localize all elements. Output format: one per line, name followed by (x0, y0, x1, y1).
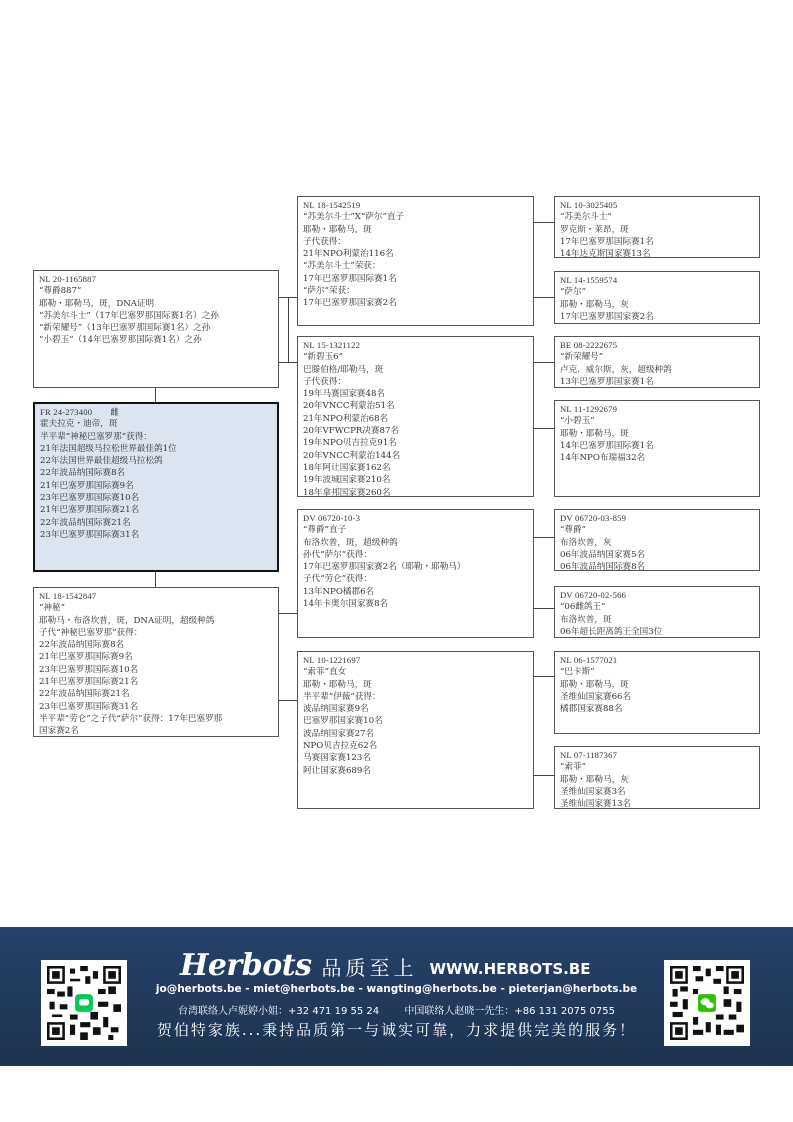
brand-slogan: 品质至上 (321, 953, 417, 983)
card-line: 波品纳国家赛9名 (303, 703, 528, 715)
connector (279, 613, 297, 614)
card-line: 21年NPO利蒙治116名 (303, 248, 528, 260)
pedigree-card-gg-6: DV 06720-02-566 “06雌鸽王” 布洛坎普，斑 06年超长距离鸽王… (554, 586, 760, 638)
card-line: 耶勒・耶勒马，斑，DNA证明 (39, 298, 273, 310)
card-line: 耶勒・耶勒马，斑 (560, 428, 754, 440)
card-line: “尊爵”直子 (303, 524, 528, 536)
connector (534, 676, 554, 677)
card-line: 18年拿邦国家赛260名 (303, 487, 528, 497)
ring-number: DV 06720-10-3 (303, 512, 528, 524)
card-line: “苏美尔斗士” (560, 211, 754, 223)
card-line: “索菲”直女 (303, 666, 528, 678)
card-line: 圣维仙国家赛66名 (560, 691, 754, 703)
card-line: 波品纳国家赛27名 (303, 728, 528, 740)
qr-code-icon (670, 966, 744, 1040)
card-line: 子代获得： (303, 376, 528, 388)
card-line: 马赛国家赛123名 (303, 752, 528, 764)
card-line: 23年巴塞罗那国际赛10名 (39, 664, 273, 676)
card-line: 18年阿让国家赛162名 (303, 462, 528, 474)
card-line: “新荣耀号”（13年巴塞罗那国际赛1名）之孙 (39, 322, 273, 334)
card-line: 23年巴塞罗那国际赛31名 (39, 701, 273, 713)
card-line: NPO贝吉拉克62名 (303, 740, 528, 752)
card-line: 半平辈“劳仑”之子代“萨尔”获得：17年巴塞罗那 (39, 713, 273, 725)
ring-number: NL 10-3025405 (560, 199, 754, 211)
connector (288, 297, 289, 362)
card-line: 孙代“萨尔”获得： (303, 549, 528, 561)
pedigree-card-sire: NL 20-1165887 “尊爵887” 耶勒・耶勒马，斑，DNA证明 “苏美… (33, 270, 279, 388)
contact-china: 中国联络人赵晓一先生：+86 131 2075 0755 (404, 1006, 615, 1017)
connector (534, 608, 554, 609)
card-line: “尊爵” (560, 524, 754, 536)
card-line: “索菲” (560, 761, 754, 773)
card-line: 22年波品纳国际赛8名 (39, 639, 273, 651)
card-line: 21年巴塞罗那国际赛9名 (40, 480, 272, 492)
card-line: 21年巴塞罗那国际赛21名 (39, 676, 273, 688)
card-line: “苏美尔斗士”（17年巴塞罗那国际赛1名）之孙 (39, 310, 273, 322)
card-line: 23年巴塞罗那国际赛31名 (40, 529, 272, 541)
card-line: 国家赛2名 (39, 725, 273, 737)
ring-number: NL 11-1292679 (560, 403, 754, 415)
ring-number: NL 18-1542519 (303, 199, 528, 211)
card-line: 耶勒・耶勒马，斑 (303, 679, 528, 691)
card-line: “06雌鸽王” (560, 601, 754, 613)
card-line: 23年巴塞罗那国际赛10名 (40, 492, 272, 504)
card-line: “苏美尔斗士”X“萨尔”直子 (303, 211, 528, 223)
card-line: 20年VFWCPR决赛87名 (303, 425, 528, 437)
brand-row: Herbots 品质至上 WWW.HERBOTS.BE (180, 947, 591, 983)
card-line: 半平辈“神秘巴塞罗那”获得： (40, 431, 272, 443)
card-line: 17年巴塞罗那国际赛1名 (560, 236, 754, 248)
card-line: 半平辈“伊薇”获得： (303, 691, 528, 703)
pedigree-card-gg-4: NL 11-1292679 “小碧玉” 耶勒・耶勒马，斑 14年巴塞罗那国际赛1… (554, 400, 760, 497)
card-line: 06年波品纳国际赛8名 (560, 561, 754, 571)
pedigree-card-gg-8: NL 07-1187367 “索菲” 耶勒・耶勒马，灰 圣维仙国家赛3名 圣维仙… (554, 746, 760, 809)
card-line: 19年NPO贝吉拉克91名 (303, 437, 528, 449)
card-line: 14年卡奥尔国家赛8名 (303, 598, 528, 610)
card-line: 巴塞罗那国家赛10名 (303, 715, 528, 727)
pedigree-card-sire-sire: NL 18-1542519 “苏美尔斗士”X“萨尔”直子 耶勒・耶勒马，斑 子代… (297, 196, 534, 326)
card-line: 14年达克斯国家赛13名 (560, 248, 754, 258)
ring-number: DV 06720-02-566 (560, 589, 754, 601)
ring-number: NL 14-1559574 (560, 274, 754, 286)
card-line: 圣维仙国家赛13名 (560, 798, 754, 809)
pedigree-card-gg-1: NL 10-3025405 “苏美尔斗士” 罗克斯・莱昂，斑 17年巴塞罗那国际… (554, 196, 760, 258)
pedigree-card-gg-3: BE 08-2222675 “新荣耀号” 卢克．威尔斯，灰，超级种鸽 13年巴塞… (554, 336, 760, 388)
card-line: 耶勒・耶勒马，斑 (303, 224, 528, 236)
card-line: 橘郡国家赛88名 (560, 703, 754, 715)
card-line: 21年巴塞罗那国际赛9名 (39, 651, 273, 663)
sex-label: 雌 (110, 407, 119, 417)
connector (534, 297, 554, 298)
card-line: 巴滕伯格/耶勒马，斑 (303, 364, 528, 376)
card-line: 20年VNCC利蒙治144名 (303, 450, 528, 462)
footer-banner: Herbots 品质至上 WWW.HERBOTS.BE jo@herbots.b… (0, 927, 793, 1066)
pedigree-card-gg-2: NL 14-1559574 “萨尔” 耶勒・耶勒马，灰 17年巴塞罗那国家赛2名 (554, 271, 760, 324)
card-line: 21年法国超级马拉松世界最佳鸽1位 (40, 443, 272, 455)
card-line: 17年巴塞罗那国家赛2名（耶勒・耶勒马） (303, 561, 528, 573)
ring-number: FR 24-273400雌 (40, 406, 272, 418)
ring-number: NL 15-1321122 (303, 339, 528, 351)
card-line: 罗克斯・莱昂，斑 (560, 224, 754, 236)
connector (279, 700, 297, 701)
card-line: 20年VNCC利蒙治51名 (303, 400, 528, 412)
card-line: “萨尔”荣获： (303, 285, 528, 297)
card-line: 子代“劳仑”获得： (303, 573, 528, 585)
card-line: 06年波品纳国家赛5名 (560, 549, 754, 561)
card-line: 22年法国世界最佳超级马拉松鸽 (40, 455, 272, 467)
ring-number-text: FR 24-273400 (40, 407, 92, 417)
card-line: 19年波城国家赛210名 (303, 474, 528, 486)
card-line: “巴卡斯” (560, 666, 754, 678)
connector (155, 388, 156, 402)
pedigree-card-dam-sire: DV 06720-10-3 “尊爵”直子 布洛坎普，斑，超级种鸽 孙代“萨尔”获… (297, 509, 534, 638)
card-line: 21年NPO利蒙治68名 (303, 413, 528, 425)
card-line: 卢克．威尔斯，灰，超级种鸽 (560, 364, 754, 376)
card-line: 耶勒・耶勒马，斑 (560, 679, 754, 691)
pedigree-card-gg-7: NL 06-1577021 “巴卡斯” 耶勒・耶勒马，斑 圣维仙国家赛66名 橘… (554, 651, 760, 734)
card-line: 布洛坎普，斑 (560, 614, 754, 626)
card-line: 22年波品纳国际赛21名 (40, 517, 272, 529)
connector (155, 572, 156, 587)
card-line: 22年波品纳国际赛8名 (40, 467, 272, 479)
card-line: 圣维仙国家赛3名 (560, 786, 754, 798)
card-line: 17年巴塞罗那国家赛2名 (560, 311, 754, 323)
card-line: 06年超长距离鸽王全国3位 (560, 626, 754, 638)
card-line: 14年巴塞罗那国际赛1名 (560, 440, 754, 452)
card-line: 布洛坎普，灰 (560, 537, 754, 549)
qr-code-wechat[interactable] (664, 960, 750, 1046)
card-line: 子代“神秘巴塞罗那”获得： (39, 627, 273, 639)
card-line: “小碧玉” (560, 415, 754, 427)
pedigree-card-subject: FR 24-273400雌 霍夫拉克・迪帝，斑 半平辈“神秘巴塞罗那”获得： 2… (33, 402, 279, 572)
card-line: 子代获得： (303, 236, 528, 248)
card-line: “神秘” (39, 602, 273, 614)
card-line: 阿让国家赛689名 (303, 765, 528, 777)
card-line: “小碧玉”（14年巴塞罗那国际赛1名）之孙 (39, 334, 273, 346)
connector (534, 222, 554, 223)
card-line: 13年NPO橘郡6名 (303, 586, 528, 598)
card-line: 霍夫拉克・迪帝，斑 (40, 418, 272, 430)
connector (534, 428, 554, 429)
ring-number: NL 18-1542847 (39, 590, 273, 602)
connector (534, 537, 554, 538)
card-line: 14年NPO布瑞福32名 (560, 452, 754, 464)
card-line: 耶勒・耶勒马，灰 (560, 774, 754, 786)
card-line: 耶勒马・布洛坎普，斑，DNA证明，超级种鸽 (39, 615, 273, 627)
card-line: 13年巴塞罗那国家赛1名 (560, 376, 754, 388)
card-line: 22年波品纳国际赛21名 (39, 688, 273, 700)
ring-number: DV 06720-03-859 (560, 512, 754, 524)
card-line: “萨尔” (560, 286, 754, 298)
card-line: “尊爵887” (39, 285, 273, 297)
ring-number: NL 20-1165887 (39, 273, 273, 285)
pedigree-card-gg-5: DV 06720-03-859 “尊爵” 布洛坎普，灰 06年波品纳国家赛5名 … (554, 509, 760, 571)
card-line: 17年巴塞罗那国际赛1名 (303, 273, 528, 285)
herbots-logo: Herbots (180, 949, 311, 983)
ring-number: NL 07-1187367 (560, 749, 754, 761)
card-line: 17年巴塞罗那国家赛2名 (303, 297, 528, 309)
contact-taiwan: 台湾联络人卢妮婷小姐：+32 471 19 55 24 (178, 1006, 379, 1017)
card-line: “新荣耀号” (560, 351, 754, 363)
card-line: 布洛坎普，斑，超级种鸽 (303, 537, 528, 549)
connector (279, 297, 288, 298)
card-line: 耶勒・耶勒马，灰 (560, 299, 754, 311)
connector (288, 297, 297, 298)
connector (534, 362, 554, 363)
connector (279, 362, 297, 363)
ring-number: NL 06-1577021 (560, 654, 754, 666)
pedigree-card-dam-dam: NL 10-1221697 “索菲”直女 耶勒・耶勒马，斑 半平辈“伊薇”获得：… (297, 651, 534, 809)
card-line: 21年巴塞罗那国际赛21名 (40, 504, 272, 516)
website-link[interactable]: WWW.HERBOTS.BE (429, 955, 590, 983)
card-line: “新碧玉6” (303, 351, 528, 363)
card-line: 19年马赛国家赛48名 (303, 388, 528, 400)
ring-number: BE 08-2222675 (560, 339, 754, 351)
pedigree-card-dam: NL 18-1542847 “神秘” 耶勒马・布洛坎普，斑，DNA证明，超级种鸽… (33, 587, 279, 737)
pedigree-card-sire-dam: NL 15-1321122 “新碧玉6” 巴滕伯格/耶勒马，斑 子代获得： 19… (297, 336, 534, 497)
ring-number: NL 10-1221697 (303, 654, 528, 666)
connector (534, 775, 554, 776)
card-line: “苏美尔斗士”荣获： (303, 260, 528, 272)
